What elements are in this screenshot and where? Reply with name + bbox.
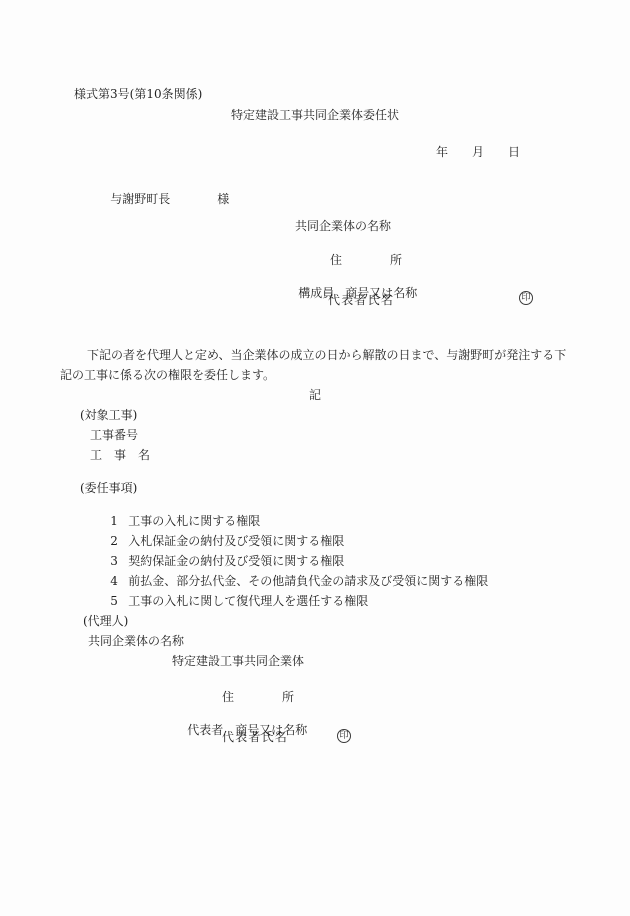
item-number: 5 — [110, 595, 128, 608]
member-address-label: 住 所 — [330, 254, 402, 267]
record-marker: 記 — [0, 389, 630, 402]
date-line: 年 月 日 — [436, 146, 520, 159]
member-representative-label: 代表者氏名 — [328, 294, 394, 307]
agent-role-label: 代表者 — [187, 723, 223, 737]
work-name-label: 工 事 名 — [90, 449, 150, 462]
addressee-name: 与謝野町長 — [110, 192, 170, 206]
work-number-label: 工事番号 — [90, 429, 138, 442]
delegated-item: 5工事の入札に関して復代理人を選任する権限 — [95, 582, 368, 621]
form-number: 様式第3号(第10条関係) — [74, 88, 202, 101]
addressee-honorific: 様 — [217, 192, 229, 206]
agent-jv-name-value: 特定建設工事共同企業体 — [172, 655, 304, 668]
member-seal-icon: 印 — [519, 291, 533, 305]
paragraph-line-1: 下記の者を代理人と定め、当企業体の成立の日から解散の日まで、与謝野町が発注する下 — [87, 349, 566, 362]
delegated-matters-heading: (委任事項) — [80, 482, 137, 495]
jv-name-label: 共同企業体の名称 — [295, 220, 391, 233]
item-text: 工事の入札に関して復代理人を選任する権限 — [128, 594, 368, 608]
agent-jv-name-label: 共同企業体の名称 — [88, 635, 184, 648]
addressee-line: 与謝野町長様 — [95, 180, 229, 219]
agent-seal-icon: 印 — [337, 729, 351, 743]
paragraph-line-2: 記の工事に係る次の権限を委任します。 — [60, 369, 275, 382]
document-page: 様式第3号(第10条関係) 特定建設工事共同企業体委任状 年 月 日 与謝野町長… — [0, 0, 630, 916]
agent-address-label: 住 所 — [222, 691, 294, 704]
target-works-heading: (対象工事) — [80, 409, 137, 422]
agent-representative-label: 代表者氏名 — [222, 731, 288, 744]
agent-heading: (代理人) — [83, 615, 128, 628]
document-title: 特定建設工事共同企業体委任状 — [0, 109, 630, 122]
